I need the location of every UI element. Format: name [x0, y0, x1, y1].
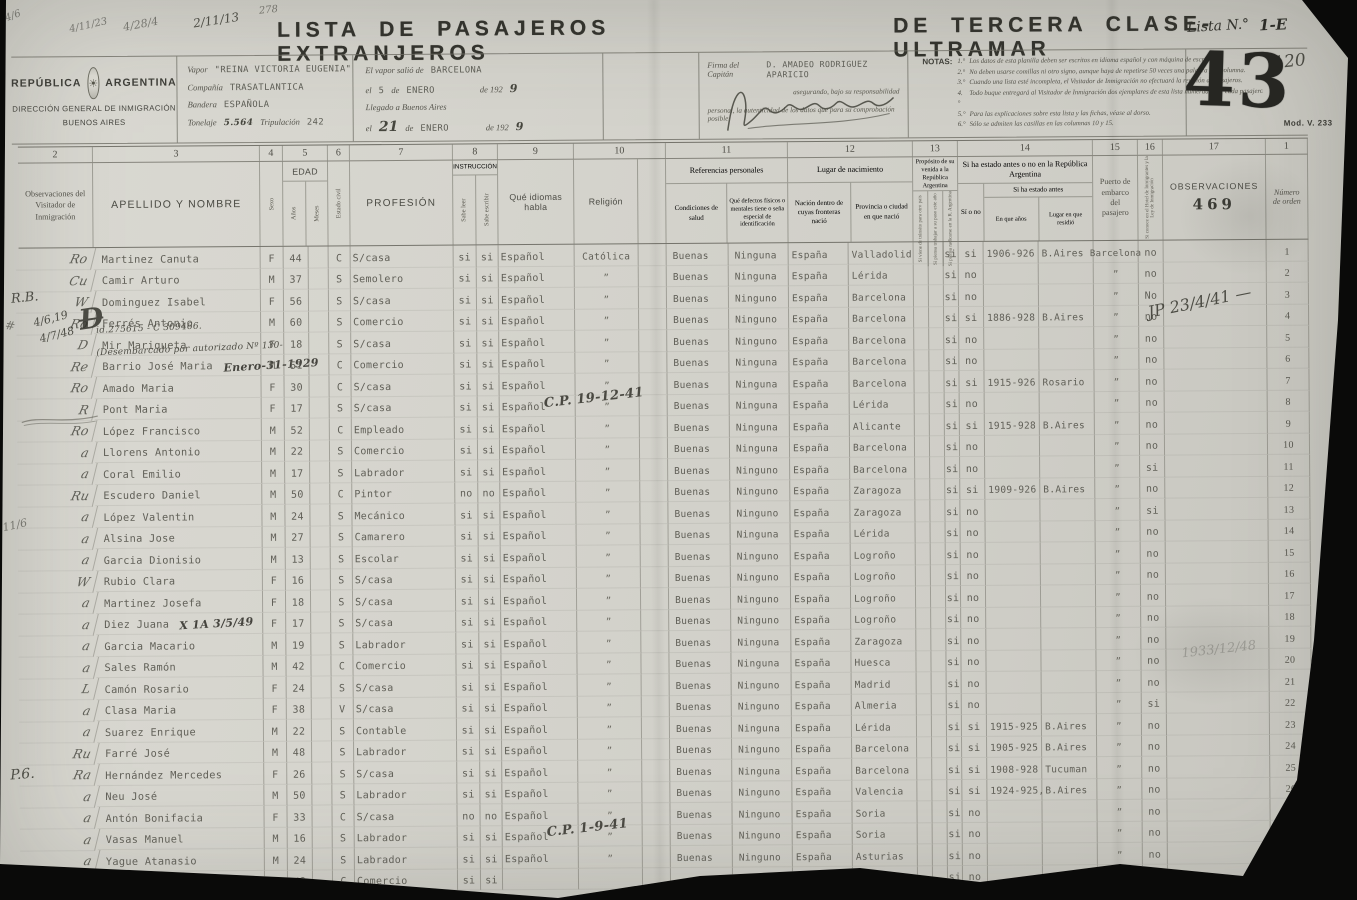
cell-num: 9 [1268, 412, 1310, 434]
cell-p13: si [944, 371, 959, 393]
cell-esc: si [480, 718, 502, 740]
cell-civ: S [333, 848, 355, 870]
cell-x1 [917, 780, 932, 802]
cell-civ: S [332, 762, 354, 784]
cell-name: Amado Maria [94, 376, 261, 399]
column-number: 1 [1266, 139, 1308, 154]
cell-prof: S/casa [351, 246, 454, 268]
cell-mark: a [18, 549, 98, 571]
language-value: Español [503, 552, 547, 563]
cell-leer: si [454, 310, 477, 332]
cell-sal: Buenas [668, 480, 730, 502]
cell-nac: España [793, 823, 853, 845]
cell-x1 [918, 844, 933, 866]
cell-obs [1167, 756, 1270, 778]
header-label: Referencias personales [690, 165, 764, 176]
cell-mes [313, 848, 333, 870]
cell-x2 [933, 866, 948, 888]
cell-prov: Zaragoza [850, 479, 915, 501]
cell-x1 [915, 414, 930, 436]
cell-rel: ” [575, 352, 639, 374]
cell-mes [309, 375, 329, 397]
cell-lugar [1039, 284, 1094, 306]
bandera-label: Bandera [188, 99, 217, 109]
cell-mes [312, 698, 332, 720]
cell-name: Rubio Clara [96, 569, 263, 592]
cell-x1 [917, 737, 932, 759]
cell-def: Ninguno [732, 738, 792, 760]
cell-x2 [932, 758, 947, 780]
notas-label: NOTAS: [922, 57, 953, 131]
cell-prov: Logroño [851, 565, 916, 587]
cell-mes [309, 246, 329, 268]
de-label2: de [405, 122, 413, 132]
cell-nac: España [790, 436, 850, 458]
cell-sal: Buenas [667, 287, 729, 309]
cell-name: Dominguez Isabel [94, 290, 261, 313]
cell-x1 [916, 651, 931, 673]
cell-prov: Lérida [849, 264, 914, 286]
cell-age: 24 [288, 849, 313, 871]
cell-mark: a [20, 807, 100, 829]
vapor-value: "REINA VICTORIA EUGENIA" [215, 64, 352, 75]
cell-hot: no [1139, 370, 1164, 392]
cell-been: no [961, 543, 986, 565]
cell-leer: si [455, 439, 478, 461]
language-value: Español [504, 703, 548, 714]
cell-anios [986, 542, 1041, 564]
cell-prov: Valladolid [849, 242, 914, 264]
cell-nac: España [792, 673, 852, 695]
cell-civ: S [330, 461, 352, 483]
cell-nac: España [790, 479, 850, 501]
cell-rel: ” [577, 653, 641, 675]
cell-esc: si [481, 847, 503, 869]
cell-esc: si [479, 654, 501, 676]
cell-anios [986, 607, 1041, 629]
cell-def: Ninguno [729, 308, 789, 330]
header-label: Lugar de nacimiento [817, 164, 883, 175]
cell-mark: W [18, 571, 98, 593]
cell-def: Ninguna [730, 415, 790, 437]
cell-p13: si [947, 780, 962, 802]
cell-anios [986, 650, 1041, 672]
cell-leer: si [457, 697, 480, 719]
cell-leer: si [456, 654, 479, 676]
cell-leer: si [456, 589, 479, 611]
cell-lugar: Tucuman [1042, 757, 1097, 779]
cell-idi: Español [502, 696, 578, 718]
cell-esc: si [479, 568, 501, 590]
cell-prov: Barcelona [849, 371, 914, 393]
cell-prof: Comercio [353, 654, 456, 676]
cell-mark: Ru [18, 485, 98, 507]
cell-x1 [917, 801, 932, 823]
header-sexo: Sexo [260, 162, 284, 246]
passenger-name: Suarez Enrique [105, 726, 196, 739]
cell-anios: 1906-926 [984, 241, 1039, 263]
cell-nac: España [791, 608, 851, 630]
cell-x2 [930, 414, 945, 436]
salio-month: ENERO [406, 85, 435, 95]
cell-x2 [932, 694, 947, 716]
cell-nac: España [789, 372, 849, 394]
cell-num: 22 [1270, 691, 1312, 713]
tonelaje-value: 5.564 [224, 117, 254, 127]
cell-been: no [961, 650, 986, 672]
cell-name: Yague Atanasio [98, 849, 265, 872]
cell-x1 [916, 586, 931, 608]
cell-x2 [931, 629, 946, 651]
cell-idi: Español [500, 438, 576, 460]
overlay-modv: Mod. V. 233 [1284, 118, 1333, 127]
cell-anios [986, 521, 1041, 543]
cell-mes [312, 741, 332, 763]
cell-rel: ” [576, 481, 640, 503]
language-value: Español [502, 445, 546, 456]
cell-anios [987, 800, 1042, 822]
cell-obs [1167, 713, 1270, 735]
cell-mes [311, 526, 331, 548]
cell-esc: si [480, 675, 502, 697]
cell-leer: si [458, 826, 481, 848]
cell-mark: a [18, 463, 98, 485]
cell-rel: ” [577, 567, 641, 589]
cell-nac: España [791, 587, 851, 609]
cell-def: Ninguna [729, 243, 789, 265]
cell-def [733, 867, 793, 889]
cell-p13: si [944, 328, 959, 350]
language-value: Español [504, 767, 548, 778]
header-label: PROFESIÓN [366, 197, 436, 208]
compania-value: TRASATLANTICA [230, 82, 304, 93]
pencil-squiggle-icon [20, 410, 102, 429]
cell-name: Martinez Canuta [94, 247, 261, 270]
cell-been: no [961, 521, 986, 543]
cell-sal: Buenas [667, 373, 729, 395]
cell-name: Camón Rosario [97, 677, 264, 700]
cell-sex: F [262, 397, 285, 419]
cell-p13: si [944, 285, 959, 307]
cell-sal: Buenas [670, 717, 732, 739]
header-apellido-nombre: APELLIDO Y NOMBRE [93, 162, 261, 247]
cell-idi: Español [502, 739, 578, 761]
header-estado-antes-group: Si ha estado antes o no en la República … [958, 156, 1094, 241]
cell-mark: L [19, 678, 99, 700]
cell-leer: si [457, 718, 480, 740]
cell-mes [313, 827, 333, 849]
cell-num: 28 [1271, 820, 1313, 842]
cell-been: no [961, 607, 986, 629]
cell-def: Ninguna [730, 437, 790, 459]
cell-prof: Labrador [352, 461, 455, 483]
salio-port: BARCELONA [431, 65, 482, 75]
cell-been: si [959, 242, 984, 264]
cell-anios [986, 564, 1041, 586]
cell-idi: Español [499, 331, 575, 353]
cell-idi: Español [501, 524, 577, 546]
cell-x2 [929, 242, 944, 264]
cell-name: Campo Ricardo [98, 870, 265, 893]
cell-lugar [1041, 521, 1096, 543]
cell-idi: Español [500, 481, 576, 503]
cell-num: 17 [1269, 584, 1311, 606]
llegado-label: Llegado a Buenos Aires [366, 102, 447, 113]
cell-civ: C [333, 870, 355, 892]
cell-nac: España [791, 565, 851, 587]
cell-hot: no [1143, 843, 1168, 865]
cell-lugar [1039, 327, 1094, 349]
passenger-name: Antón Bonifacia [106, 812, 204, 825]
captain-signature [717, 77, 897, 136]
language-value: Español [503, 595, 547, 606]
cell-age: 16 [288, 827, 313, 849]
header-label: Propósito de su venida a la República Ar… [915, 158, 955, 190]
cell-num: 7 [1267, 369, 1309, 391]
org-name-left: REPÚBLICA [11, 77, 81, 89]
cell-been: no [960, 500, 985, 522]
cell-leer: si [456, 568, 479, 590]
cell-esc: si [477, 331, 499, 353]
cell-been: no [960, 435, 985, 457]
cell-civ: C [331, 655, 353, 677]
cell-been: no [963, 822, 988, 844]
cell-x1 [915, 457, 930, 479]
cell-p13: si [947, 737, 962, 759]
cell-rel: ” [577, 610, 641, 632]
cell-civ: S [333, 827, 355, 849]
cell-leer: si [458, 869, 481, 891]
scanned-document: LISTA DE PASAJEROS EXTRANJEROS DE TERCER… [0, 0, 1357, 900]
cell-x1 [915, 500, 930, 522]
handwritten-note: X 1A 3/5/49 [179, 615, 254, 632]
cell-hot: no [1140, 477, 1165, 499]
cell-mark: Ro [17, 377, 97, 399]
cell-obs [1164, 369, 1267, 391]
cell-prof: Semolero [351, 267, 454, 289]
cell-sal: Buenas [669, 588, 731, 610]
cell-x2 [929, 328, 944, 350]
language-value: Español [505, 810, 549, 821]
cell-rel: ” [577, 588, 641, 610]
cell-name: Escudero Daniel [95, 483, 262, 506]
cell-anios [984, 263, 1039, 285]
cell-x2 [931, 608, 946, 630]
column-number: 9 [498, 144, 574, 160]
cell-age: 19 [286, 634, 311, 656]
cell-idi: Español [501, 610, 577, 632]
cell-leer: si [458, 847, 481, 869]
cell-prof: Camarero [353, 525, 456, 547]
cell-mes [312, 719, 332, 741]
cell-age: 42 [288, 870, 313, 892]
cell-prov: Alicante [850, 414, 915, 436]
cell-hot: no [1141, 585, 1166, 607]
cell-x2 [929, 264, 944, 286]
cell-age: 17 [285, 397, 310, 419]
cell-obs [1164, 347, 1267, 369]
cell-sex: M [264, 784, 287, 806]
cell-lugar [1040, 435, 1095, 457]
header-label: Si ha estado antes o no en la República … [960, 159, 1090, 181]
cell-mes [311, 547, 331, 569]
cell-nac: España [790, 393, 850, 415]
cell-idi [503, 868, 579, 890]
cell-p13: si [945, 479, 960, 501]
cell-rel: ” [577, 524, 641, 546]
cell-def: Ninguna [732, 759, 792, 781]
cell-sex: M [263, 655, 286, 677]
cell-age: 33 [287, 806, 312, 828]
cell-sal: Buenas [669, 652, 731, 674]
cell-sal: Buenas [670, 695, 732, 717]
cell-age: 50 [285, 483, 310, 505]
header-label: Religión [589, 196, 623, 206]
cell-sal: Buenas [667, 265, 729, 287]
cell-obs [1165, 433, 1268, 455]
cell-def: Ninguna [729, 372, 789, 394]
cell-lugar [1041, 542, 1096, 564]
cell-prof: Comercio [351, 353, 454, 375]
header-nacion: Nación dentro de cuyas fronteras nació [788, 199, 850, 227]
cell-anios: 1905-925 [987, 736, 1042, 758]
cell-lugar: B.Aires [1042, 736, 1097, 758]
cell-leer: si [457, 761, 480, 783]
cell-nac: España [791, 544, 851, 566]
cell-mes [311, 655, 331, 677]
cell-nac: España [791, 522, 851, 544]
cell-idi: Español [501, 632, 577, 654]
cell-age: 22 [287, 720, 312, 742]
cell-age: 24 [287, 677, 312, 699]
cell-name: Vasas Manuel [98, 827, 265, 850]
header-meses: Meses [313, 205, 320, 221]
cell-p13: si [947, 694, 962, 716]
header-si-ha-estado: Si ha estado antes [1013, 185, 1063, 194]
cell-def: Ninguno [731, 587, 791, 609]
cell-sal: Buenas [668, 437, 730, 459]
cell-hot: no [1142, 778, 1167, 800]
cell-def: Ninguna [730, 394, 790, 416]
cell-x1 [916, 522, 931, 544]
cell-leer: si [454, 353, 477, 375]
cell-prov: Madrid [852, 672, 917, 694]
cell-prof: Contable [354, 719, 457, 741]
cell-prof: S/casa [354, 805, 457, 827]
language-value: Español [502, 466, 546, 477]
cell-obs [1165, 476, 1268, 498]
cell-p13: si [944, 350, 959, 372]
de192-label2: de 192 [486, 122, 509, 132]
passenger-name: Coral Emilio [103, 468, 181, 481]
cell-name: Pont Maria [95, 397, 262, 420]
cell-mes [311, 590, 331, 612]
header-proposito-group: Propósito de su venida a la República Ar… [913, 157, 959, 241]
cell-lugar [1043, 822, 1098, 844]
overlay-pencil: 4/11/23 [68, 16, 108, 35]
cell-nac: España [789, 329, 849, 351]
cell-leer: si [455, 503, 478, 525]
cell-age: 48 [287, 741, 312, 763]
cell-idi: EspañolC.P. 19-12-41 [500, 395, 576, 417]
passenger-name: Pont Maria [103, 404, 168, 416]
cell-been: no [963, 865, 988, 887]
org-subtitle: DIRECCIÓN GENERAL DE INMIGRACIÓN [12, 103, 177, 113]
cell-age: 27 [286, 526, 311, 548]
overlay-pencil: 4/28/4 [122, 15, 159, 34]
cell-anios [986, 585, 1041, 607]
cell-prof: S/casa [353, 568, 456, 590]
cell-x2 [931, 522, 946, 544]
captain-signature-block: Firma del Capitán D. AMADEO RODRIGUEZ AP… [698, 51, 909, 138]
language-value: Español [504, 789, 548, 800]
overlay-pencil-strike: D [77, 301, 106, 337]
cell-x2 [932, 801, 947, 823]
overlay-pencil2: R.B. [10, 289, 39, 307]
cell-x1 [917, 694, 932, 716]
cell-idi: Español [499, 266, 575, 288]
cell-hot: no [1140, 413, 1165, 435]
cell-prov: Lérida [851, 522, 916, 544]
cell-rel: ” [578, 782, 642, 804]
scan-stain [1178, 156, 1319, 277]
cell-x1 [914, 328, 929, 350]
cell-prov: Lérida [852, 715, 917, 737]
cell-name: Garcia Macario [96, 634, 263, 657]
header-instruccion-group: INSTRUCCIÓN Sabe leer Sabe escribir [453, 160, 499, 244]
cell-x2 [931, 586, 946, 608]
cell-mark: a [18, 592, 98, 614]
cell-civ: S [331, 612, 353, 634]
cell-lugar: B.Aires [1039, 241, 1094, 263]
cell-nac: España [792, 780, 852, 802]
header-hotel-inmigrantes: Si conoce en el Hotel de Inmigrantes y l… [1138, 156, 1164, 240]
cell-been: no [963, 844, 988, 866]
cell-esc: si [477, 374, 499, 396]
cell-civ: S [332, 676, 354, 698]
language-value: Español [501, 337, 545, 348]
cell-x1 [914, 350, 929, 372]
tonelaje-label: Tonelaje [188, 117, 217, 127]
captain-name: D. AMADEO RODRIGUEZ APARICIO [766, 58, 899, 79]
passenger-name: Escudero Daniel [103, 489, 201, 502]
cell-obs [1168, 820, 1271, 842]
column-number: 17 [1163, 139, 1266, 155]
cell-def: Ninguno [730, 480, 790, 502]
cell-prof: S/casa [351, 375, 454, 397]
passenger-name: Diez Juana [104, 619, 169, 631]
header-label: Observaciones del Visitador de Inmigraci… [22, 189, 88, 223]
cell-x2 [930, 436, 945, 458]
cell-mark: J [20, 872, 100, 894]
cell-x1 [914, 307, 929, 329]
cell-rel: ” [578, 696, 642, 718]
cell-sal: Buenas [667, 330, 729, 352]
cell-num: 4 [1267, 304, 1309, 326]
cell-prov: Barcelona [849, 350, 914, 372]
cell-name: Alsina Jose [96, 526, 263, 549]
cell-p13: si [945, 393, 960, 415]
cell-sex: M [263, 526, 286, 548]
cell-name: Clasa Maria [97, 698, 264, 721]
cell-been: no [959, 285, 984, 307]
cell-sex: M [262, 440, 285, 462]
cell-num: 11 [1268, 455, 1310, 477]
cell-rel: ” [576, 502, 640, 524]
cell-mark: a [19, 614, 99, 636]
cell-mark: a [19, 657, 99, 679]
cell-x2 [930, 479, 945, 501]
